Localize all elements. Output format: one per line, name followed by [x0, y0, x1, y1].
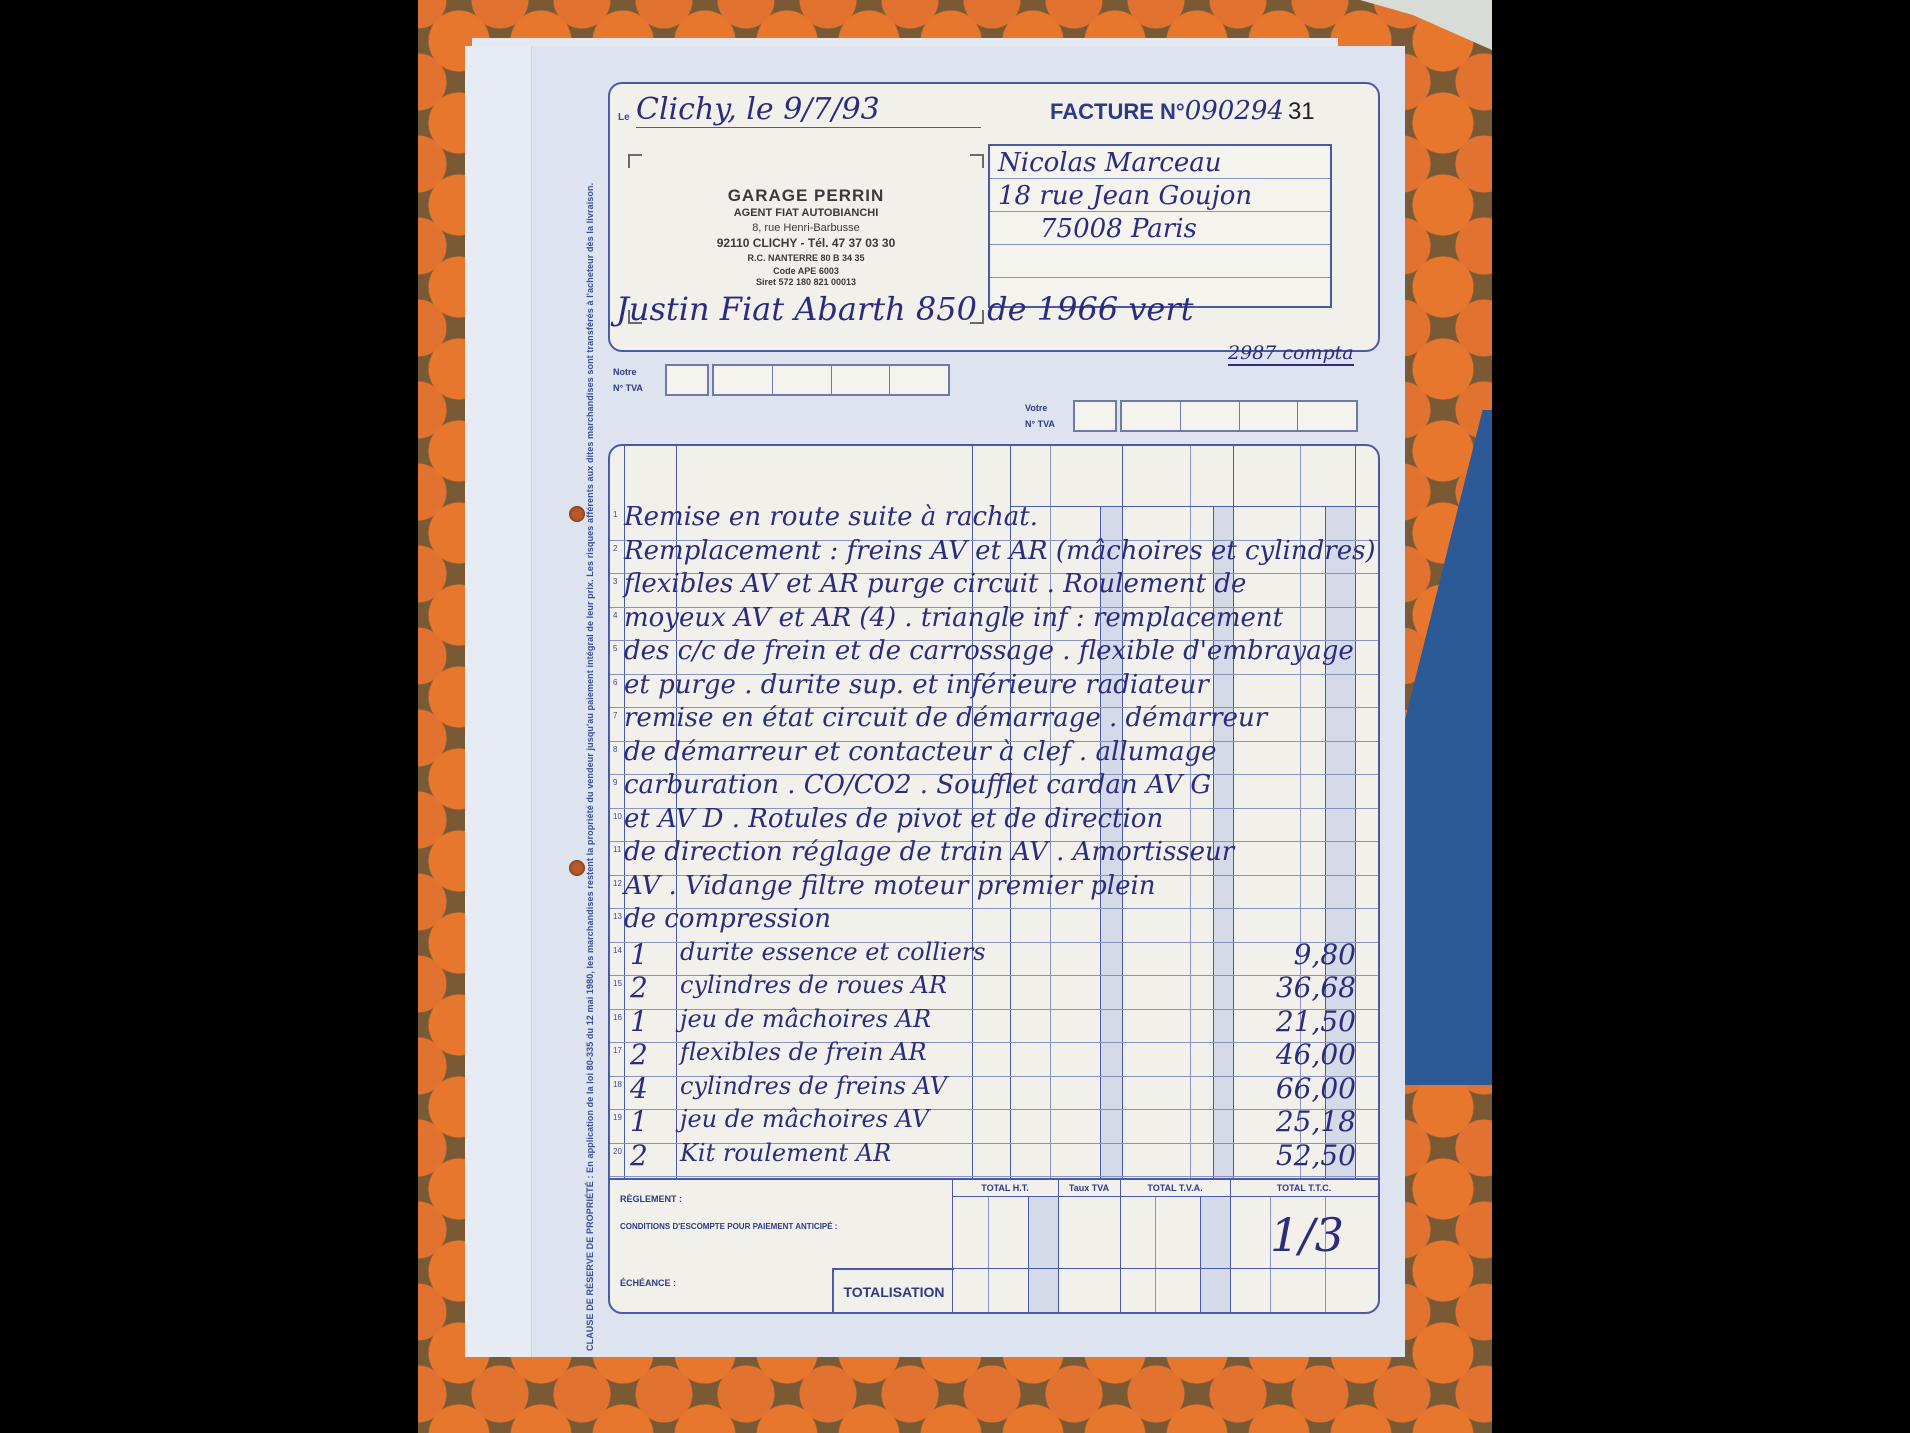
part-amount: 25,18 — [1276, 1105, 1356, 1138]
description-line: AV . Vidange filtre moteur premier plein — [624, 871, 1156, 901]
our-vat-key-field — [665, 364, 709, 396]
garage-rc: R.C. NANTERRE 80 B 34 35 — [628, 251, 984, 266]
garage-city-phone: 92110 CLICHY - Tél. 47 37 03 30 — [628, 236, 984, 251]
row-number: 6 — [613, 678, 617, 687]
row-number: 19 — [613, 1113, 622, 1122]
place-date: Clichy, le 9/7/93 — [636, 92, 981, 128]
description-line: flexibles AV et AR purge circuit . Roule… — [624, 569, 1246, 599]
vehicle-description: Justin Fiat Abarth 850 de 1966 vert — [616, 290, 1194, 328]
part-amount: 21,50 — [1276, 1005, 1356, 1038]
garage-agent: AGENT FIAT AUTOBIANCHI — [628, 206, 984, 221]
total-ht-header: TOTAL H.T. — [952, 1180, 1058, 1197]
invoice-lines-table: 1234567891011121314151617181920 Remise e… — [608, 444, 1380, 1183]
client-address-line2: 75008 Paris — [990, 212, 1330, 245]
row-number: 13 — [613, 912, 622, 921]
totalisation-label: TOTALISATION — [832, 1268, 954, 1314]
row-number: 12 — [613, 879, 622, 888]
part-designation: Kit roulement AR — [680, 1139, 891, 1167]
row-number: 5 — [613, 644, 617, 653]
part-quantity: 2 — [630, 1139, 648, 1172]
description-line: carburation . CO/CO2 . Soufflet cardan A… — [624, 770, 1211, 800]
client-address-line1: 18 rue Jean Goujon — [990, 179, 1330, 212]
part-quantity: 2 — [630, 971, 648, 1004]
row-number: 9 — [613, 778, 617, 787]
row-number: 10 — [613, 812, 622, 821]
row-number: 18 — [613, 1080, 622, 1089]
description-line: des c/c de frein et de carrossage . flex… — [624, 636, 1354, 666]
row-divider — [610, 1176, 1378, 1177]
client-address-box: Nicolas Marceau 18 rue Jean Goujon 75008… — [988, 144, 1332, 308]
garage-name: GARAGE PERRIN — [628, 186, 984, 206]
due-date-label: ÉCHÉANCE : — [620, 1278, 676, 1288]
invoice-number-suffix: 31 — [1288, 98, 1315, 125]
part-amount: 52,50 — [1276, 1139, 1356, 1172]
description-line: remise en état circuit de démarrage . dé… — [624, 703, 1267, 733]
accounting-note: 2987 compta — [1228, 342, 1354, 366]
garage-ape: Code APE 6003 — [628, 266, 984, 277]
row-number: 20 — [613, 1147, 622, 1156]
invoice-totals-footer: RÈGLEMENT : CONDITIONS D'ESCOMPTE POUR P… — [608, 1178, 1380, 1314]
part-designation: jeu de mâchoires AR — [680, 1005, 931, 1033]
part-quantity: 1 — [630, 938, 648, 971]
vat-rate-header: Taux TVA — [1058, 1180, 1120, 1197]
invoice-number: FACTURE N°09029431 — [1050, 96, 1315, 126]
part-quantity: 1 — [630, 1005, 648, 1038]
description-line: de démarreur et contacteur à clef . allu… — [624, 737, 1217, 767]
row-number: 14 — [613, 946, 622, 955]
your-vat-label: Votre N° TVA — [1025, 400, 1055, 432]
part-designation: cylindres de freins AV — [680, 1072, 947, 1100]
page-fraction: 1/3 — [1270, 1208, 1344, 1262]
row-number: 16 — [613, 1013, 622, 1022]
description-line: et purge . durite sup. et inférieure rad… — [624, 670, 1209, 700]
total-ttc-header: TOTAL T.T.C. — [1230, 1180, 1378, 1197]
row-number: 1 — [613, 510, 617, 519]
your-vat-key-field — [1073, 400, 1117, 432]
invoice-number-handwritten: 090294 — [1185, 96, 1284, 126]
your-vat-number-field — [1120, 400, 1358, 432]
part-designation: cylindres de roues AR — [680, 971, 947, 999]
stamp-corner — [628, 154, 642, 168]
row-number: 11 — [613, 845, 621, 854]
part-quantity: 4 — [630, 1072, 648, 1105]
invoice-sheet: CLAUSE DE RÉSERVE DE PROPRIÉTÉ : En appl… — [465, 46, 1405, 1357]
row-number: 8 — [613, 745, 617, 754]
stamp-corner — [970, 154, 984, 168]
description-line: de compression — [624, 904, 831, 934]
part-designation: durite essence et colliers — [680, 938, 986, 966]
invoice-title: FACTURE N° — [1050, 99, 1185, 124]
discount-conditions-label: CONDITIONS D'ESCOMPTE POUR PAIEMENT ANTI… — [620, 1222, 837, 1231]
description-line: et AV D . Rotules de pivot et de directi… — [624, 804, 1163, 834]
part-designation: jeu de mâchoires AV — [680, 1105, 929, 1133]
part-amount: 36,68 — [1276, 971, 1356, 1004]
description-line: de direction réglage de train AV . Amort… — [624, 837, 1234, 867]
row-number: 7 — [613, 711, 617, 720]
part-quantity: 1 — [630, 1105, 648, 1138]
part-amount: 9,80 — [1294, 938, 1356, 971]
part-designation: flexibles de frein AR — [680, 1038, 927, 1066]
client-name: Nicolas Marceau — [990, 146, 1330, 179]
row-number: 3 — [613, 577, 617, 586]
part-amount: 66,00 — [1276, 1072, 1356, 1105]
total-vat-header: TOTAL T.V.A. — [1120, 1180, 1230, 1197]
our-vat-number-field — [712, 364, 950, 396]
row-number: 17 — [613, 1046, 622, 1055]
description-line: moyeux AV et AR (4) . triangle inf : rem… — [624, 603, 1283, 633]
invoice-header: Le Clichy, le 9/7/93 FACTURE N°09029431 … — [608, 82, 1380, 352]
row-number: 15 — [613, 979, 622, 988]
retention-of-title-notice: CLAUSE DE RÉSERVE DE PROPRIÉTÉ : En appl… — [583, 76, 603, 1351]
le-label: Le — [618, 112, 630, 123]
client-empty-line — [990, 245, 1330, 278]
payment-method-label: RÈGLEMENT : — [620, 1194, 682, 1204]
row-number: 4 — [613, 611, 617, 620]
row-number: 2 — [613, 544, 617, 553]
description-line: Remise en route suite à rachat. — [624, 502, 1038, 532]
part-amount: 46,00 — [1276, 1038, 1356, 1071]
garage-street: 8, rue Henri-Barbusse — [628, 221, 984, 236]
description-line: Remplacement : freins AV et AR (mâchoire… — [624, 536, 1376, 566]
part-quantity: 2 — [630, 1038, 648, 1071]
tear-off-margin — [465, 46, 532, 1357]
garage-siret: Siret 572 180 821 00013 — [628, 277, 984, 288]
our-vat-label: Notre N° TVA — [613, 364, 643, 396]
